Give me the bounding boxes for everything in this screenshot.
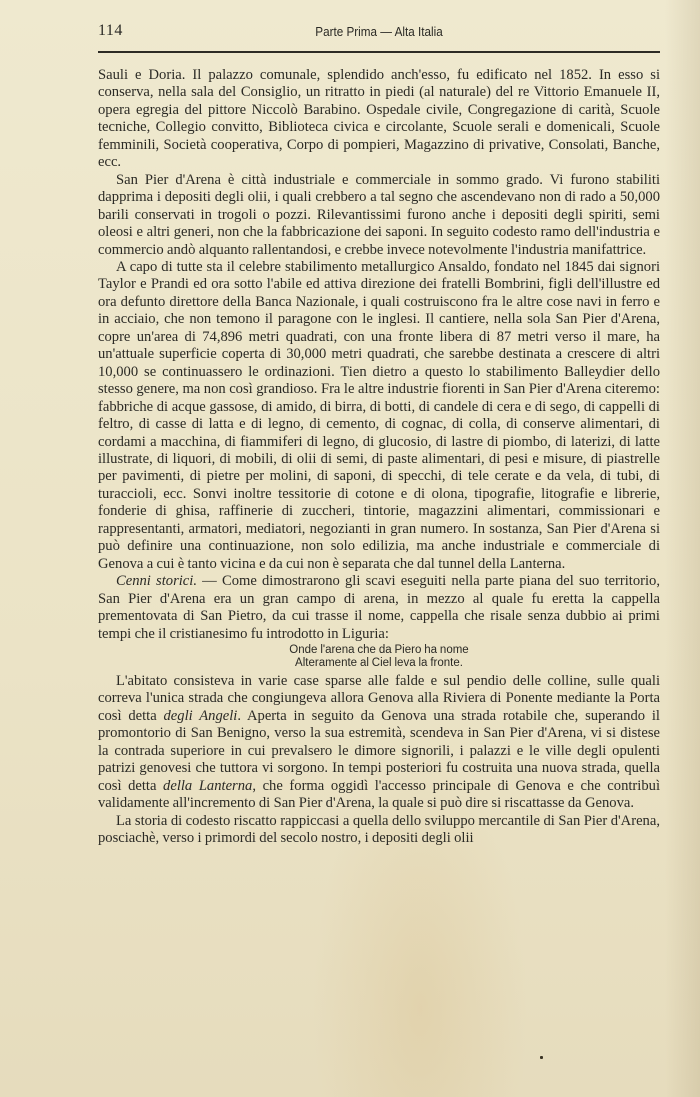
verse-quote: Onde l'arena che da Piero ha nome Altera… [98, 644, 660, 670]
paragraph-sauli-doria: Sauli e Doria. Il palazzo comunale, sple… [98, 67, 660, 172]
paragraph-abitato: L'abitato consisteva in varie case spars… [98, 673, 660, 813]
paragraph-industry: San Pier d'Arena è città industriale e c… [98, 172, 660, 259]
running-header: 114 Parte Prima — Alta Italia [98, 22, 660, 44]
italic-term: della Lanterna [163, 778, 252, 794]
verse-line: Alteramente al Ciel leva la fronte. [98, 657, 660, 670]
paragraph-cenni-storici: Cenni storici. — Come dimostrarono gli s… [98, 573, 660, 643]
header-rule [98, 51, 660, 53]
section-lead-italic: Cenni storici. [116, 573, 197, 589]
paragraph-riscatto: La storia di codesto riscatto rappiccasi… [98, 813, 660, 848]
verse-line: Onde l'arena che da Piero ha nome [98, 644, 660, 657]
paper-speck [540, 1056, 543, 1059]
italic-term: degli Angeli [164, 708, 238, 724]
running-title: Parte Prima — Alta Italia [126, 24, 632, 39]
body-text: Sauli e Doria. Il palazzo comunale, sple… [98, 67, 660, 847]
page-number: 114 [98, 22, 123, 40]
paragraph-ansaldo: A capo di tutte sta il celebre stabilime… [98, 259, 660, 573]
